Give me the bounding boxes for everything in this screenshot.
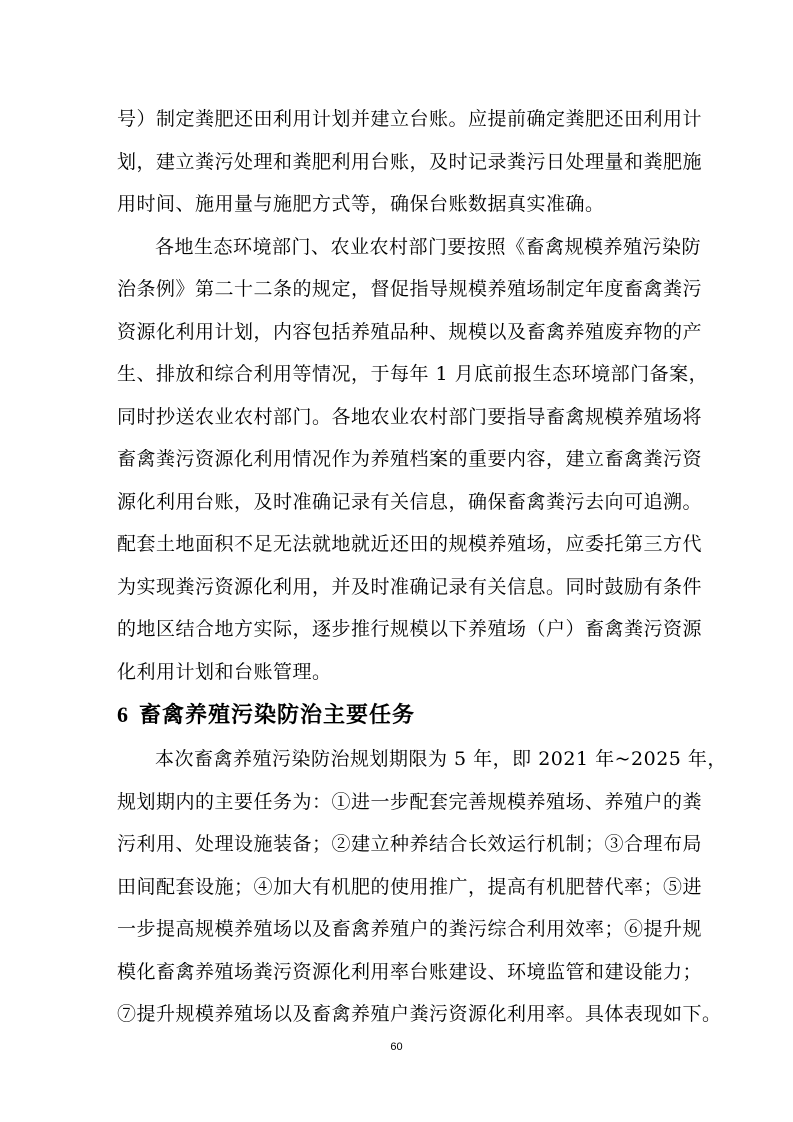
text-line: 各地生态环境部门、农业农村部门要按照《畜禽规模养殖污染防	[117, 226, 682, 269]
text-line: 划，建立粪污处理和粪肥利用台账，及时记录粪污日处理量和粪肥施	[117, 141, 682, 184]
document-page: 号）制定粪肥还田利用计划并建立台账。应提前确定粪肥还田利用计 划，建立粪污处理和…	[0, 0, 793, 1122]
paragraph-departments-guidance: 各地生态环境部门、农业农村部门要按照《畜禽规模养殖污染防 治条例》第二十二条的规…	[117, 226, 682, 694]
text-line: 畜禽粪污资源化利用情况作为养殖档案的重要内容，建立畜禽粪污资	[117, 438, 682, 481]
text-line: 规划期内的主要任务为：①进一步配套完善规模养殖场、养殖户的粪	[117, 781, 682, 824]
text-line: 源化利用台账，及时准确记录有关信息，确保畜禽粪污去向可追溯。	[117, 481, 682, 524]
section-number: 6	[117, 702, 129, 727]
text-line: 化利用计划和台账管理。	[117, 651, 682, 694]
text-line: 生、排放和综合利用等情况，于每年 1 月底前报生态环境部门备案，	[117, 353, 682, 396]
text-line: 田间配套设施；④加大有机肥的使用推广，提高有机肥替代率；⑤进	[117, 866, 682, 909]
text-line: 号）制定粪肥还田利用计划并建立台账。应提前确定粪肥还田利用计	[117, 98, 682, 141]
text-line: 为实现粪污资源化利用，并及时准确记录有关信息。同时鼓励有条件	[117, 566, 682, 609]
text-line: 一步提高规模养殖场以及畜禽养殖户的粪污综合利用效率；⑥提升规	[117, 908, 682, 951]
paragraph-main-tasks: 本次畜禽养殖污染防治规划期限为 5 年，即 2021 年~2025 年， 规划期…	[117, 738, 682, 1036]
text-line: 模化畜禽养殖场粪污资源化利用率台账建设、环境监管和建设能力；	[117, 951, 682, 994]
text-line: 用时间、施用量与施肥方式等，确保台账数据真实准确。	[117, 183, 682, 226]
text-line: 本次畜禽养殖污染防治规划期限为 5 年，即 2021 年~2025 年，	[117, 738, 682, 781]
section-heading: 6畜禽养殖污染防治主要任务	[117, 693, 682, 738]
paragraph-manure-plan: 号）制定粪肥还田利用计划并建立台账。应提前确定粪肥还田利用计 划，建立粪污处理和…	[117, 98, 682, 226]
text-line: 的地区结合地方实际，逐步推行规模以下养殖场（户）畜禽粪污资源	[117, 608, 682, 651]
section-title: 畜禽养殖污染防治主要任务	[139, 703, 415, 728]
page-content: 号）制定粪肥还田利用计划并建立台账。应提前确定粪肥还田利用计 划，建立粪污处理和…	[117, 98, 682, 1036]
text-line: 污利用、处理设施装备；②建立种养结合长效运行机制；③合理布局	[117, 823, 682, 866]
text-line: 资源化利用计划，内容包括养殖品种、规模以及畜禽养殖废弃物的产	[117, 311, 682, 354]
text-line: 配套土地面积不足无法就地就近还田的规模养殖场，应委托第三方代	[117, 523, 682, 566]
page-number: 60	[0, 1041, 793, 1053]
text-line: 同时抄送农业农村部门。各地农业农村部门要指导畜禽规模养殖场将	[117, 396, 682, 439]
text-line: ⑦提升规模养殖场以及畜禽养殖户粪污资源化利用率。具体表现如下。	[117, 993, 682, 1036]
text-line: 治条例》第二十二条的规定，督促指导规模养殖场制定年度畜禽粪污	[117, 268, 682, 311]
